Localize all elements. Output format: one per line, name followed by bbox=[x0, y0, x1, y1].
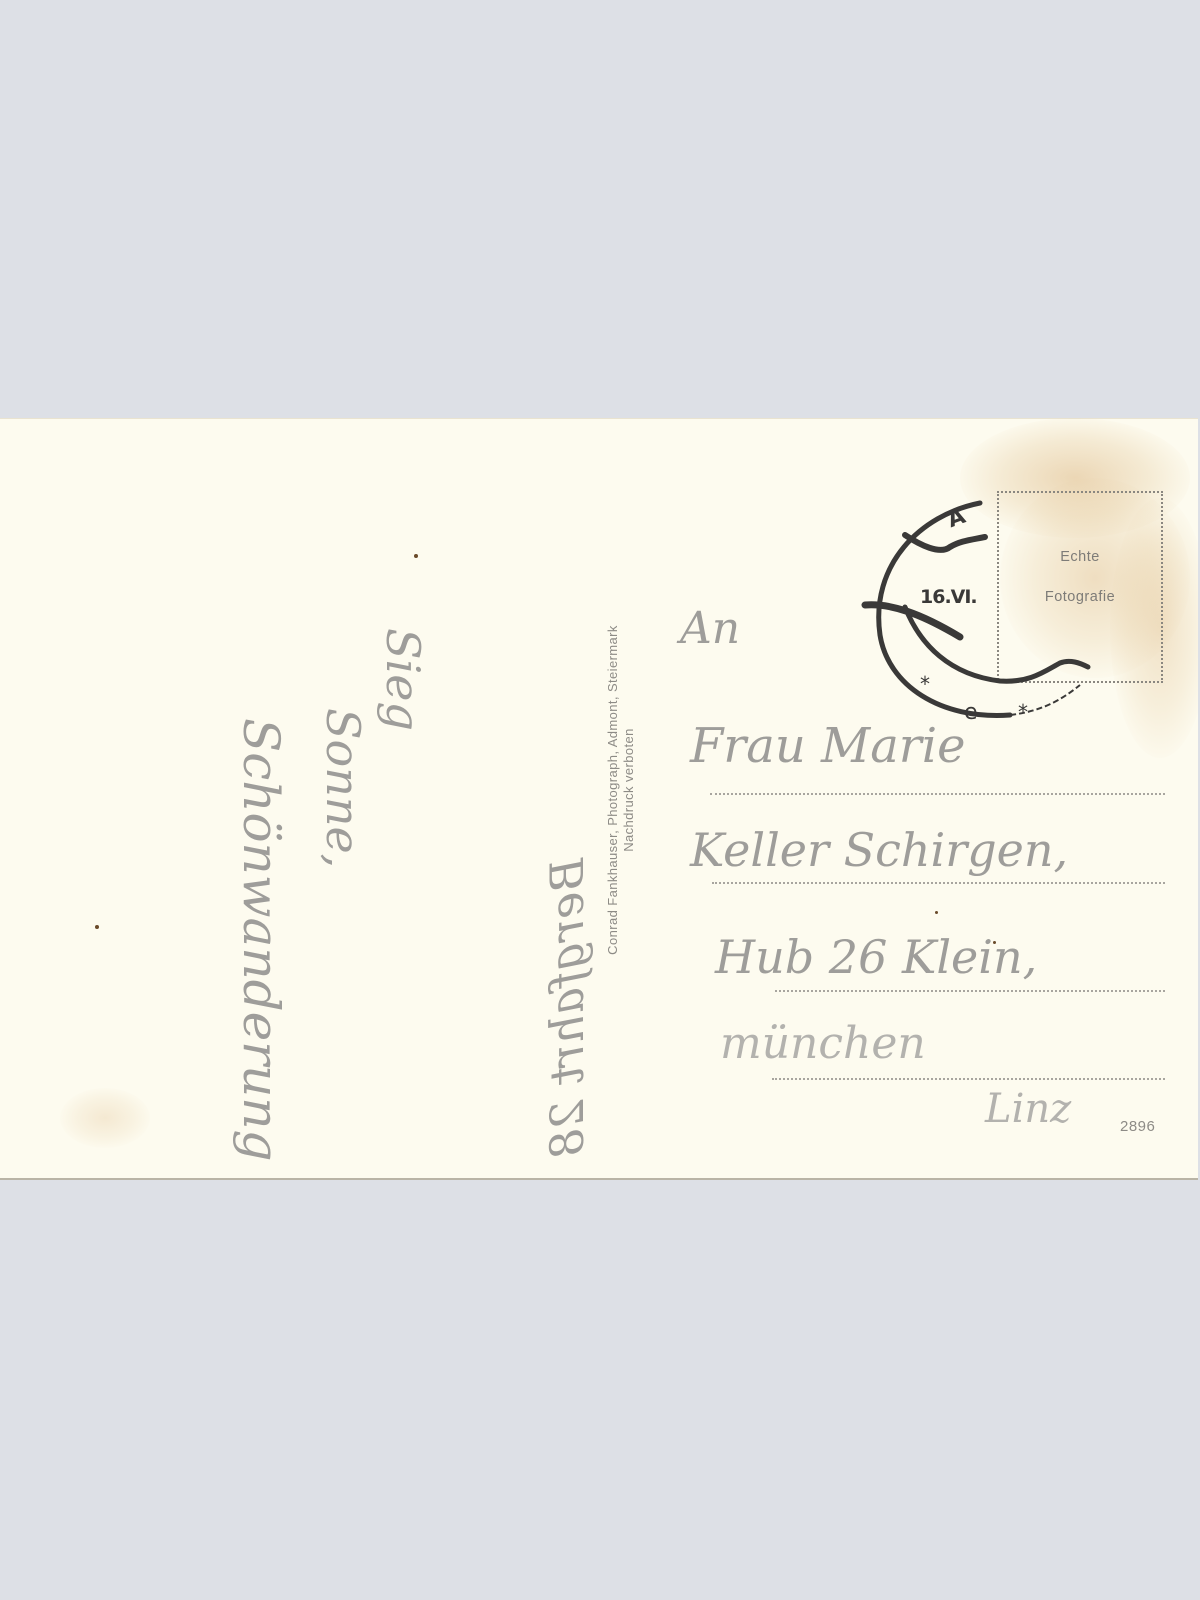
postcard-back: Conrad Fankhauser, Photograph, Admont, S… bbox=[0, 418, 1198, 1180]
postmark-bottom-letter: e bbox=[964, 700, 978, 725]
handwritten-address-line1: Frau Marie bbox=[690, 718, 966, 774]
postmark-date: 16.VI. bbox=[920, 586, 977, 608]
handwritten-address-line5: Linz bbox=[985, 1086, 1071, 1132]
speck bbox=[935, 911, 938, 914]
handwritten-message-line2: Sieg bbox=[376, 628, 430, 731]
handwritten-address-line2: Keller Schirgen, bbox=[690, 823, 1068, 877]
address-line bbox=[775, 990, 1165, 992]
reprint-notice: Nachdruck verboten bbox=[621, 530, 637, 1050]
handwritten-salutation: An bbox=[680, 603, 740, 654]
speck bbox=[414, 554, 418, 558]
handwritten-message-line3: Sonne, bbox=[316, 708, 370, 868]
handwritten-address-line4: münchen bbox=[720, 1018, 926, 1069]
address-line bbox=[710, 793, 1165, 795]
postmark-icon bbox=[860, 485, 1110, 735]
address-line bbox=[712, 882, 1165, 884]
publisher-line: Conrad Fankhauser, Photograph, Admont, S… bbox=[605, 530, 621, 1050]
speck bbox=[993, 941, 996, 944]
postmark-star-right: * bbox=[1018, 700, 1028, 724]
handwritten-message-line4: Schönwanderung bbox=[232, 718, 290, 1161]
age-stain bbox=[60, 1088, 150, 1148]
address-line bbox=[772, 1078, 1165, 1080]
postmark-star-left: * bbox=[920, 672, 930, 696]
publisher-imprint: Conrad Fankhauser, Photograph, Admont, S… bbox=[605, 530, 637, 1050]
speck bbox=[95, 925, 99, 929]
serial-number: 2896 bbox=[1120, 1118, 1155, 1135]
handwritten-address-line3: Hub 26 Klein, bbox=[715, 930, 1037, 984]
handwritten-message-line1: Bergfahrt 28 bbox=[540, 858, 594, 1158]
